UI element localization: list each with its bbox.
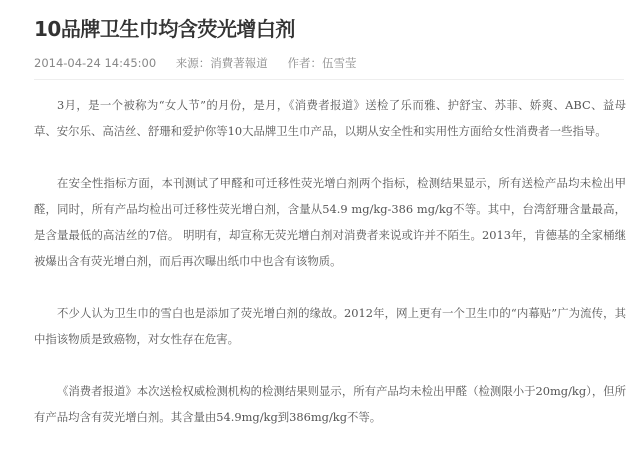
source-name: 消費著報道: [210, 56, 268, 70]
author-label: 作者：: [287, 56, 322, 70]
author-name: 伍雪莹: [322, 56, 357, 70]
source-label: 来源：: [176, 56, 211, 70]
paragraph-3: 不少人认为卫生巾的雪白也是添加了荧光增白剂的缘故。2012年，网上更有一个卫生巾…: [34, 300, 626, 352]
paragraph-4: 《消费者报道》本次送检权威检测机构的检测结果则显示，所有产品均未检出甲醛（检测限…: [34, 378, 626, 430]
publish-datetime: 2014-04-24 14:45:00: [34, 56, 156, 70]
paragraph-2: 在安全性指标方面，本刊测试了甲醛和可迁移性荧光增白剂两个指标，检测结果显示，所有…: [34, 170, 626, 274]
paragraph-1: 3月，是一个被称为“女人节”的月份，是月，《消费者报道》送检了乐而雅、护舒宝、苏…: [34, 92, 626, 144]
header-divider: [34, 79, 624, 80]
article-title: 10品牌卫生巾均含荧光增白剂: [34, 13, 295, 42]
article-body: 3月，是一个被称为“女人节”的月份，是月，《消费者报道》送检了乐而雅、护舒宝、苏…: [34, 92, 626, 452]
article-meta: 2014-04-24 14:45:00 来源：消費著報道 作者：伍雪莹: [34, 55, 372, 71]
